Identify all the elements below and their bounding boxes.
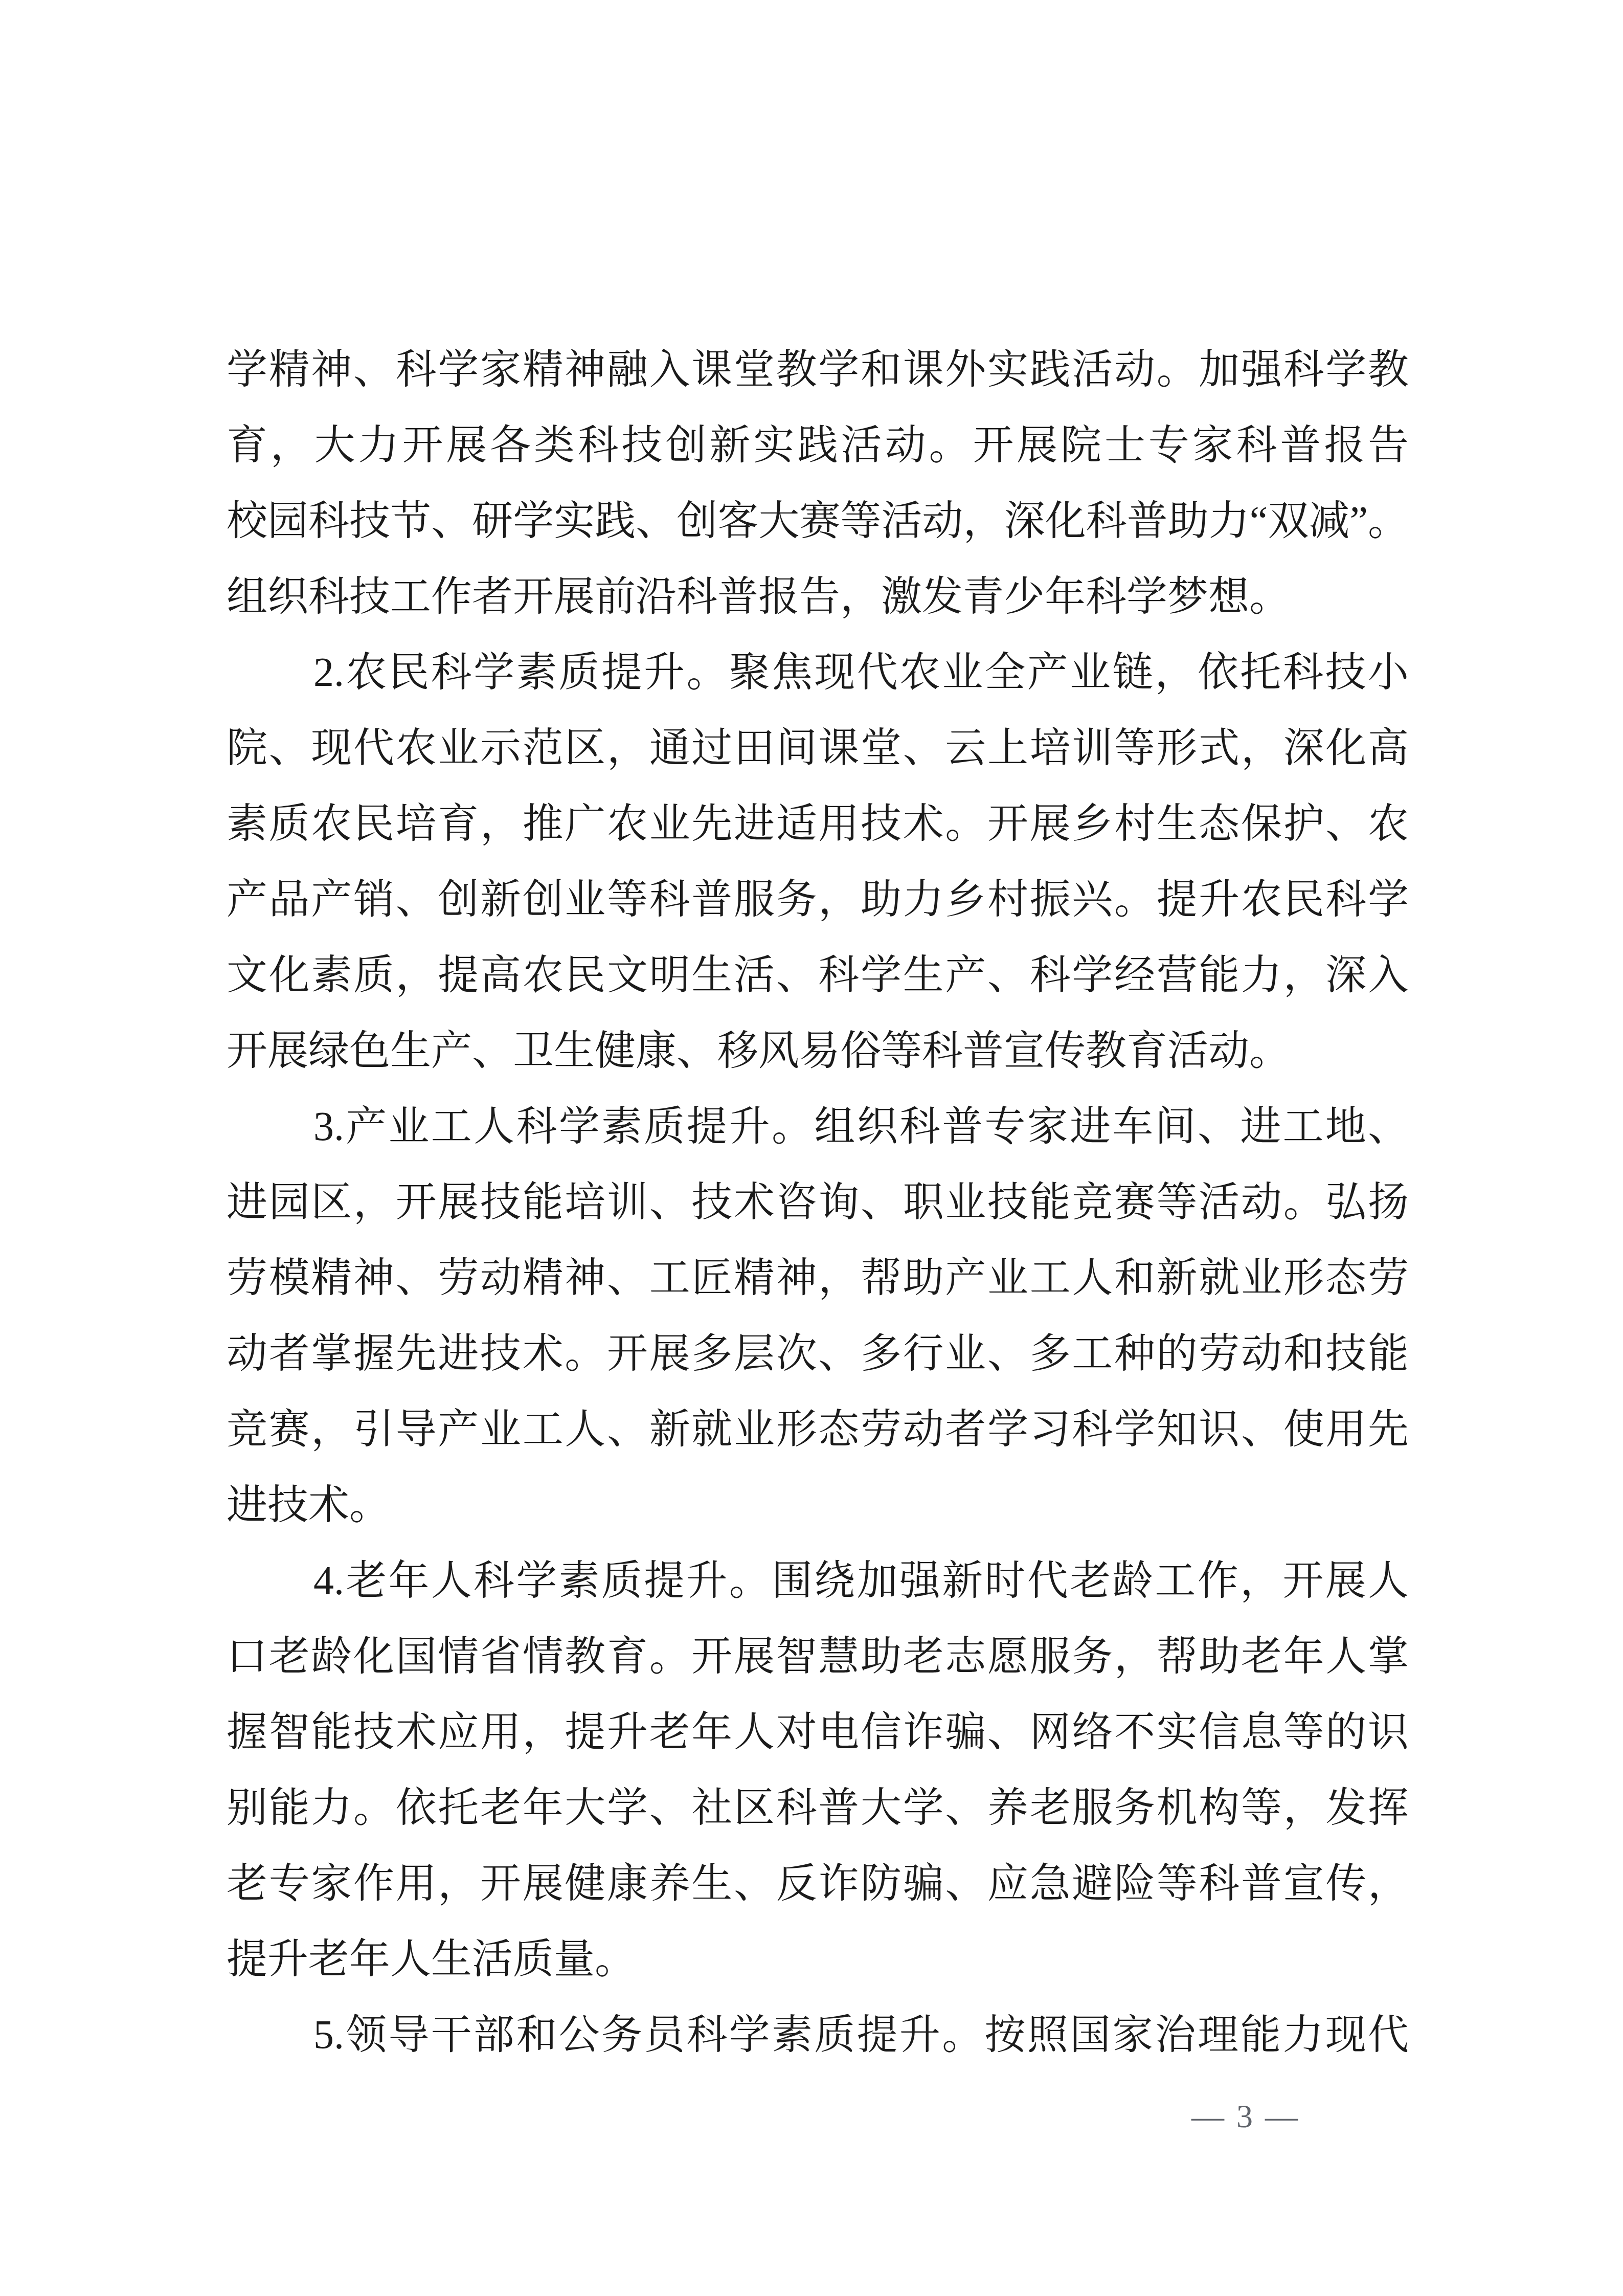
text-line: 校园科技节、研学实践、创客大赛等活动，深化科普助力“双减”。 xyxy=(227,483,1409,559)
text-line: 老专家作用，开展健康养生、反诈防骗、应急避险等科普宣传， xyxy=(227,1846,1409,1922)
text-line: 文化素质，提高农民文明生活、科学生产、科学经营能力，深入 xyxy=(227,938,1409,1013)
text-line: 开展绿色生产、卫生健康、移风易俗等科普宣传教育活动。 xyxy=(227,1013,1409,1089)
text-line: 4.老年人科学素质提升。围绕加强新时代老龄工作，开展人 xyxy=(227,1543,1409,1619)
text-line: 学精神、科学家精神融入课堂教学和课外实践活动。加强科学教 xyxy=(227,332,1409,408)
text-line: 育，大力开展各类科技创新实践活动。开展院士专家科普报告会、 xyxy=(227,408,1409,483)
text-line: 竞赛，引导产业工人、新就业形态劳动者学习科学知识、使用先 xyxy=(227,1392,1409,1467)
text-line: 组织科技工作者开展前沿科普报告，激发青少年科学梦想。 xyxy=(227,559,1409,635)
text-line: 握智能技术应用，提升老年人对电信诈骗、网络不实信息等的识 xyxy=(227,1695,1409,1770)
text-line: 提升老年人生活质量。 xyxy=(227,1922,1409,1997)
text-line: 2.农民科学素质提升。聚焦现代农业全产业链，依托科技小 xyxy=(227,635,1409,710)
text-line: 素质农民培育，推广农业先进适用技术。开展乡村生态保护、农 xyxy=(227,786,1409,862)
text-line: 5.领导干部和公务员科学素质提升。按照国家治理能力现代 xyxy=(227,1997,1409,2073)
text-line: 动者掌握先进技术。开展多层次、多行业、多工种的劳动和技能 xyxy=(227,1316,1409,1392)
text-line: 别能力。依托老年大学、社区科普大学、养老服务机构等，发挥 xyxy=(227,1770,1409,1846)
text-line: 口老龄化国情省情教育。开展智慧助老志愿服务，帮助老年人掌 xyxy=(227,1619,1409,1695)
text-line: 产品产销、创新创业等科普服务，助力乡村振兴。提升农民科学 xyxy=(227,862,1409,938)
text-line: 院、现代农业示范区，通过田间课堂、云上培训等形式，深化高 xyxy=(227,710,1409,786)
scanned-document-page: 学精神、科学家精神融入课堂教学和课外实践活动。加强科学教 育，大力开展各类科技创… xyxy=(0,0,1623,2296)
text-line: 3.产业工人科学素质提升。组织科普专家进车间、进工地、 xyxy=(227,1089,1409,1165)
text-line: 劳模精神、劳动精神、工匠精神，帮助产业工人和新就业形态劳 xyxy=(227,1240,1409,1316)
page-number: — 3 — xyxy=(1191,2098,1324,2135)
body-text-block: 学精神、科学家精神融入课堂教学和课外实践活动。加强科学教 育，大力开展各类科技创… xyxy=(227,332,1409,2073)
text-line: 进园区，开展技能培训、技术咨询、职业技能竞赛等活动。弘扬 xyxy=(227,1165,1409,1240)
text-line: 进技术。 xyxy=(227,1467,1409,1543)
